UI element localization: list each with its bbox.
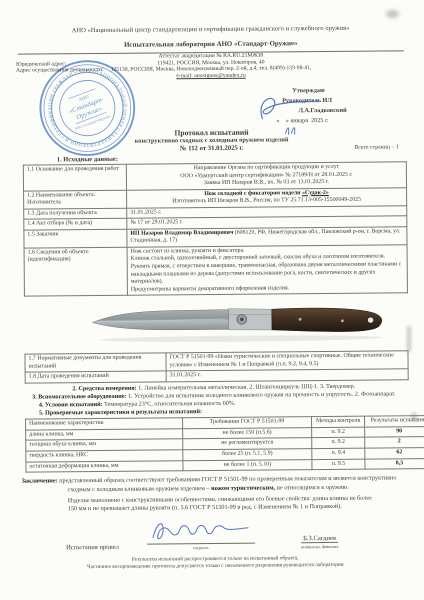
lanyard-hole	[367, 317, 373, 323]
control-method: п. 9.2	[312, 427, 365, 438]
table-row: 1.8 Дата проведения испытаний 31.01.2025…	[25, 369, 408, 383]
legal-address-label: Юридический адрес:	[16, 61, 66, 67]
row-1-1-value: Направление Органа по сертификации проду…	[126, 162, 406, 190]
laboratory-name: Испытательная лаборатория АНО «Стандарт-…	[124, 40, 297, 49]
knife-blade	[92, 310, 228, 331]
knife-handle	[272, 308, 382, 333]
results-table: Наименование характеристик Требования ГО…	[25, 415, 424, 473]
sections-2-5: 2. Средства измерения: 1. Линейка измери…	[19, 382, 409, 418]
document-header: АНО «Национальный центр стандартизации и…	[16, 24, 406, 80]
row-1-7-label: 1.7 Нормативные документы для проведения…	[25, 353, 166, 372]
row-1-8-value: 31.01.2025 г.	[166, 369, 408, 382]
control-method: п. 9.2	[312, 437, 365, 448]
approval-block: Утверждаю Руководитель ИЛ Л.А.Гладковски…	[282, 86, 378, 127]
knife-photo	[18, 293, 408, 353]
stamp-center-line: «Стандарт-	[68, 96, 105, 115]
row-1-8-label: 1.8 Дата проведения испытаний	[25, 371, 166, 383]
performed-by-label: Испытания провел	[66, 543, 119, 550]
signature-block: Испытания провел подпись Б.З.Сагдиев ини…	[66, 523, 410, 551]
results-row: остаточная деформация клинка, мм не боле…	[26, 458, 424, 472]
row-1-6-value: Нож состоит из клинка, рукояти и фиксато…	[127, 245, 407, 296]
title-block: Протокол испытаний конструктивно сходных…	[17, 126, 407, 153]
requirement-value: не более 1 (п. 5.10)	[183, 459, 312, 471]
tester-signature	[147, 517, 255, 548]
customer-name: ИП Назаров Владимир Владимирович	[130, 230, 233, 237]
column-header: Результаты испытаний	[365, 416, 424, 427]
characteristic-name: остаточная деформация клинка, мм	[26, 460, 183, 472]
pages-count: Всего страниц – 1	[354, 144, 398, 150]
model-name: «Судак-2»	[302, 190, 329, 196]
activity-address-label: Адрес осуществления деятельности:	[16, 67, 104, 74]
test-result: 90	[365, 426, 424, 437]
conclusion-note: Изделие выполнено с конструктивными особ…	[68, 494, 378, 513]
row-1-7-value: ГОСТ Р 51501-99 «Ножи туристические и сп…	[166, 351, 408, 371]
tester-name: Б.З.Сагдиев	[301, 534, 339, 543]
control-method: п. 9.5	[312, 459, 365, 470]
test-result: 62	[365, 448, 424, 459]
scanned-document: АНО «Национальный центр стандартизации и…	[0, 0, 424, 600]
row-1-6-label: 1.6 Сведения об объекте (идентификация)	[24, 247, 127, 296]
stamp-center-line: АНО	[78, 95, 90, 103]
test-result: 2	[365, 437, 424, 448]
knife-bolster	[229, 308, 272, 330]
row-1-1-label: 1.1 Основание для проведения работ	[23, 164, 126, 191]
conclusion-label: Заключение:	[22, 478, 58, 485]
normative-docs-table: 1.7 Нормативные документы для проведения…	[24, 350, 408, 383]
table-row: 1.6 Сведения об объекте (идентификация) …	[24, 245, 407, 297]
stamp-center-line: Оружие»	[75, 105, 103, 121]
initial-data-table: 1.1 Основание для проведения работ Напра…	[23, 161, 408, 297]
signature-line	[147, 525, 255, 545]
tester-name-caption: инициалы, фамилия	[301, 543, 339, 548]
test-result: 0,3	[365, 458, 424, 469]
table-row: 1.1 Основание для проведения работ Напра…	[23, 162, 406, 191]
column-header: Методы контроля	[312, 416, 365, 427]
footer-notes: Результаты испытаний распространяются то…	[20, 554, 410, 572]
row-1-5-label: 1.5 Заказчик	[24, 229, 127, 248]
control-method: п. 9.4	[312, 448, 365, 459]
row-1-2-label: 1.2 Наименование объекта. Изготовитель	[24, 190, 127, 209]
conclusion: Заключение: представленный образец соотв…	[22, 475, 414, 514]
